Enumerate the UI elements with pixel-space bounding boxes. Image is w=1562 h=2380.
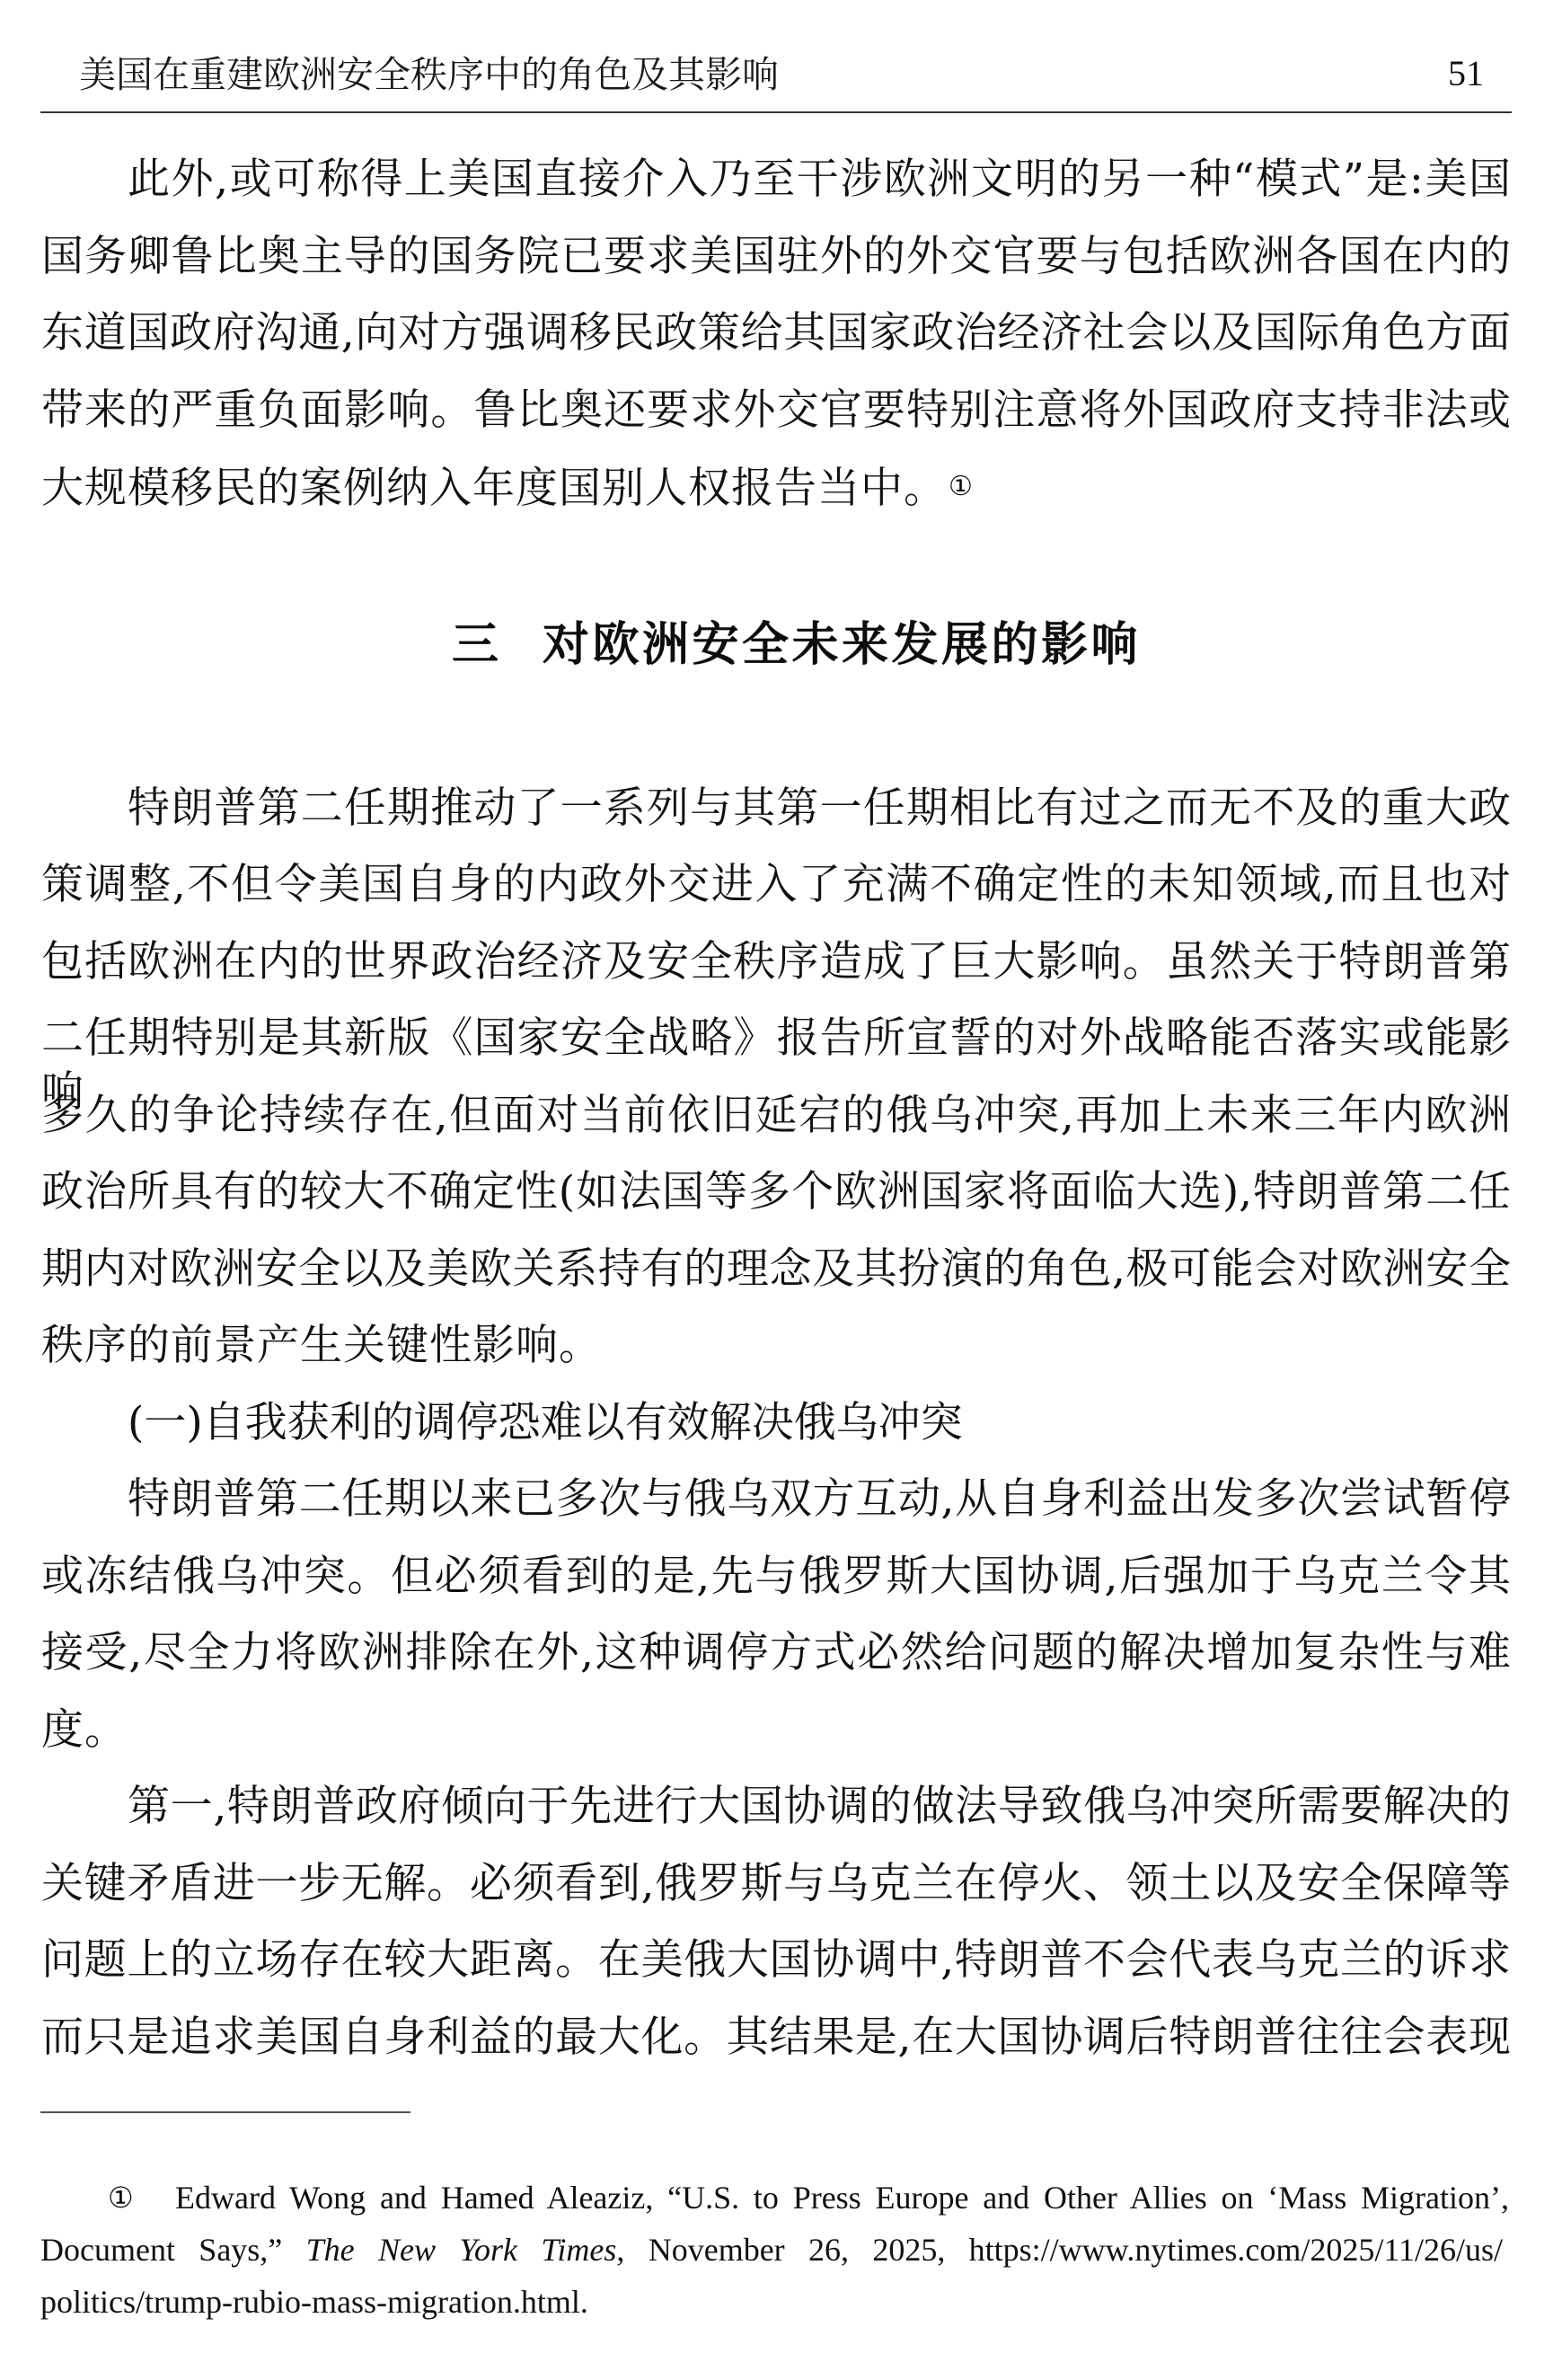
subsection-label: (一): [128, 1398, 203, 1447]
section-heading: 三对欧洲安全未来发展的影响: [452, 614, 1141, 677]
paragraph-line-last: 秩序的前景产生关键性影响。: [41, 1319, 1511, 1373]
footnote-line: Document Says,” The New York Times, Nove…: [40, 2227, 1503, 2272]
paragraph-line: 带来的严重负面影响。鲁比奥还要求外交官要特别注意将外国政府支持非法或: [41, 384, 1511, 438]
footnote-reference-marker: ①: [949, 471, 974, 502]
page-number: 51: [1448, 49, 1484, 98]
footnote-text: , November 26, 2025, https://www.nytimes…: [616, 2232, 1503, 2268]
subsection-title: 自我获利的调停恐难以有效解决俄乌冲突: [203, 1398, 963, 1447]
paragraph-line: 多久的争论持续存在,但面对当前依旧延宕的俄乌冲突,再加上未来三年内欧洲: [41, 1089, 1511, 1143]
paragraph-line: 或冻结俄乌冲突。但必须看到的是,先与俄罗斯大国协调,后强加于乌克兰令其: [41, 1550, 1511, 1604]
section-number: 三: [452, 614, 543, 677]
paragraph-line-text: 大规模移民的案例纳入年度国别人权报告当中。: [41, 464, 947, 513]
paragraph-line: 而只是追求美国自身利益的最大化。其结果是,在大国协调后特朗普往往会表现: [41, 2011, 1511, 2065]
paragraph-line: 国务卿鲁比奥主导的国务院已要求美国驻外的外交官要与包括欧洲各国在内的: [41, 230, 1511, 284]
footnote-line: politics/trump-rubio-mass-migration.html…: [40, 2279, 1503, 2324]
paragraph-line: 东道国政府沟通,向对方强调移民政策给其国家政治经济社会以及国际角色方面: [41, 306, 1511, 360]
subsection-heading: (一)自我获利的调停恐难以有效解决俄乌冲突: [128, 1396, 1511, 1450]
paragraph-line-last: 大规模移民的案例纳入年度国别人权报告当中。①: [41, 460, 1511, 514]
paragraph-line: 特朗普第二任期以来已多次与俄乌双方互动,从自身利益出发多次尝试暂停: [128, 1473, 1511, 1526]
paragraph-line: 包括欧洲在内的世界政治经济及安全秩序造成了巨大影响。虽然关于特朗普第: [41, 935, 1511, 989]
publication-title: The New York Times: [306, 2232, 617, 2268]
paragraph-line: 接受,尽全力将欧洲排除在外,这种调停方式必然给问题的解决增加复杂性与难: [41, 1626, 1511, 1680]
running-head-title: 美国在重建欧洲安全秩序中的角色及其影响: [79, 50, 779, 99]
paragraph-line: 期内对欧洲安全以及美欧关系持有的理念及其扮演的角色,极可能会对欧洲安全: [41, 1243, 1511, 1296]
paragraph-line: 此外,或可称得上美国直接介入乃至干涉欧洲文明的另一种“模式”是:美国: [128, 153, 1511, 207]
paragraph-line: 策调整,不但令美国自身的内政外交进入了充满不确定性的未知领域,而且也对: [41, 858, 1511, 912]
header-rule-divider: [40, 111, 1512, 113]
footnote-line: Edward Wong and Hamed Aleaziz, “U.S. to …: [175, 2175, 1509, 2220]
paragraph-line: 第一,特朗普政府倾向于先进行大国协调的做法导致俄乌冲突所需要解决的: [128, 1780, 1511, 1834]
footnote-text: Document Says,”: [40, 2232, 306, 2268]
footnote-rule-divider: [40, 2111, 410, 2113]
paragraph-line: 问题上的立场存在较大距离。在美俄大国协调中,特朗普不会代表乌克兰的诉求: [41, 1933, 1511, 1987]
paragraph-line: 关键矛盾进一步无解。必须看到,俄罗斯与乌克兰在停火、领土以及安全保障等: [41, 1857, 1511, 1911]
paragraph-line-last: 度。: [41, 1703, 1511, 1757]
paragraph-line: 二任期特别是其新版《国家安全战略》报告所宣誓的对外战略能否落实或能影响: [41, 1012, 1511, 1066]
footnote-marker: ①: [108, 2175, 134, 2220]
paragraph-line: 政治所具有的较大不确定性(如法国等多个欧洲国家将面临大选),特朗普第二任: [41, 1165, 1511, 1219]
paragraph-line: 特朗普第二任期推动了一系列与其第一任期相比有过之而无不及的重大政: [128, 782, 1511, 836]
section-title: 对欧洲安全未来发展的影响: [543, 618, 1141, 672]
